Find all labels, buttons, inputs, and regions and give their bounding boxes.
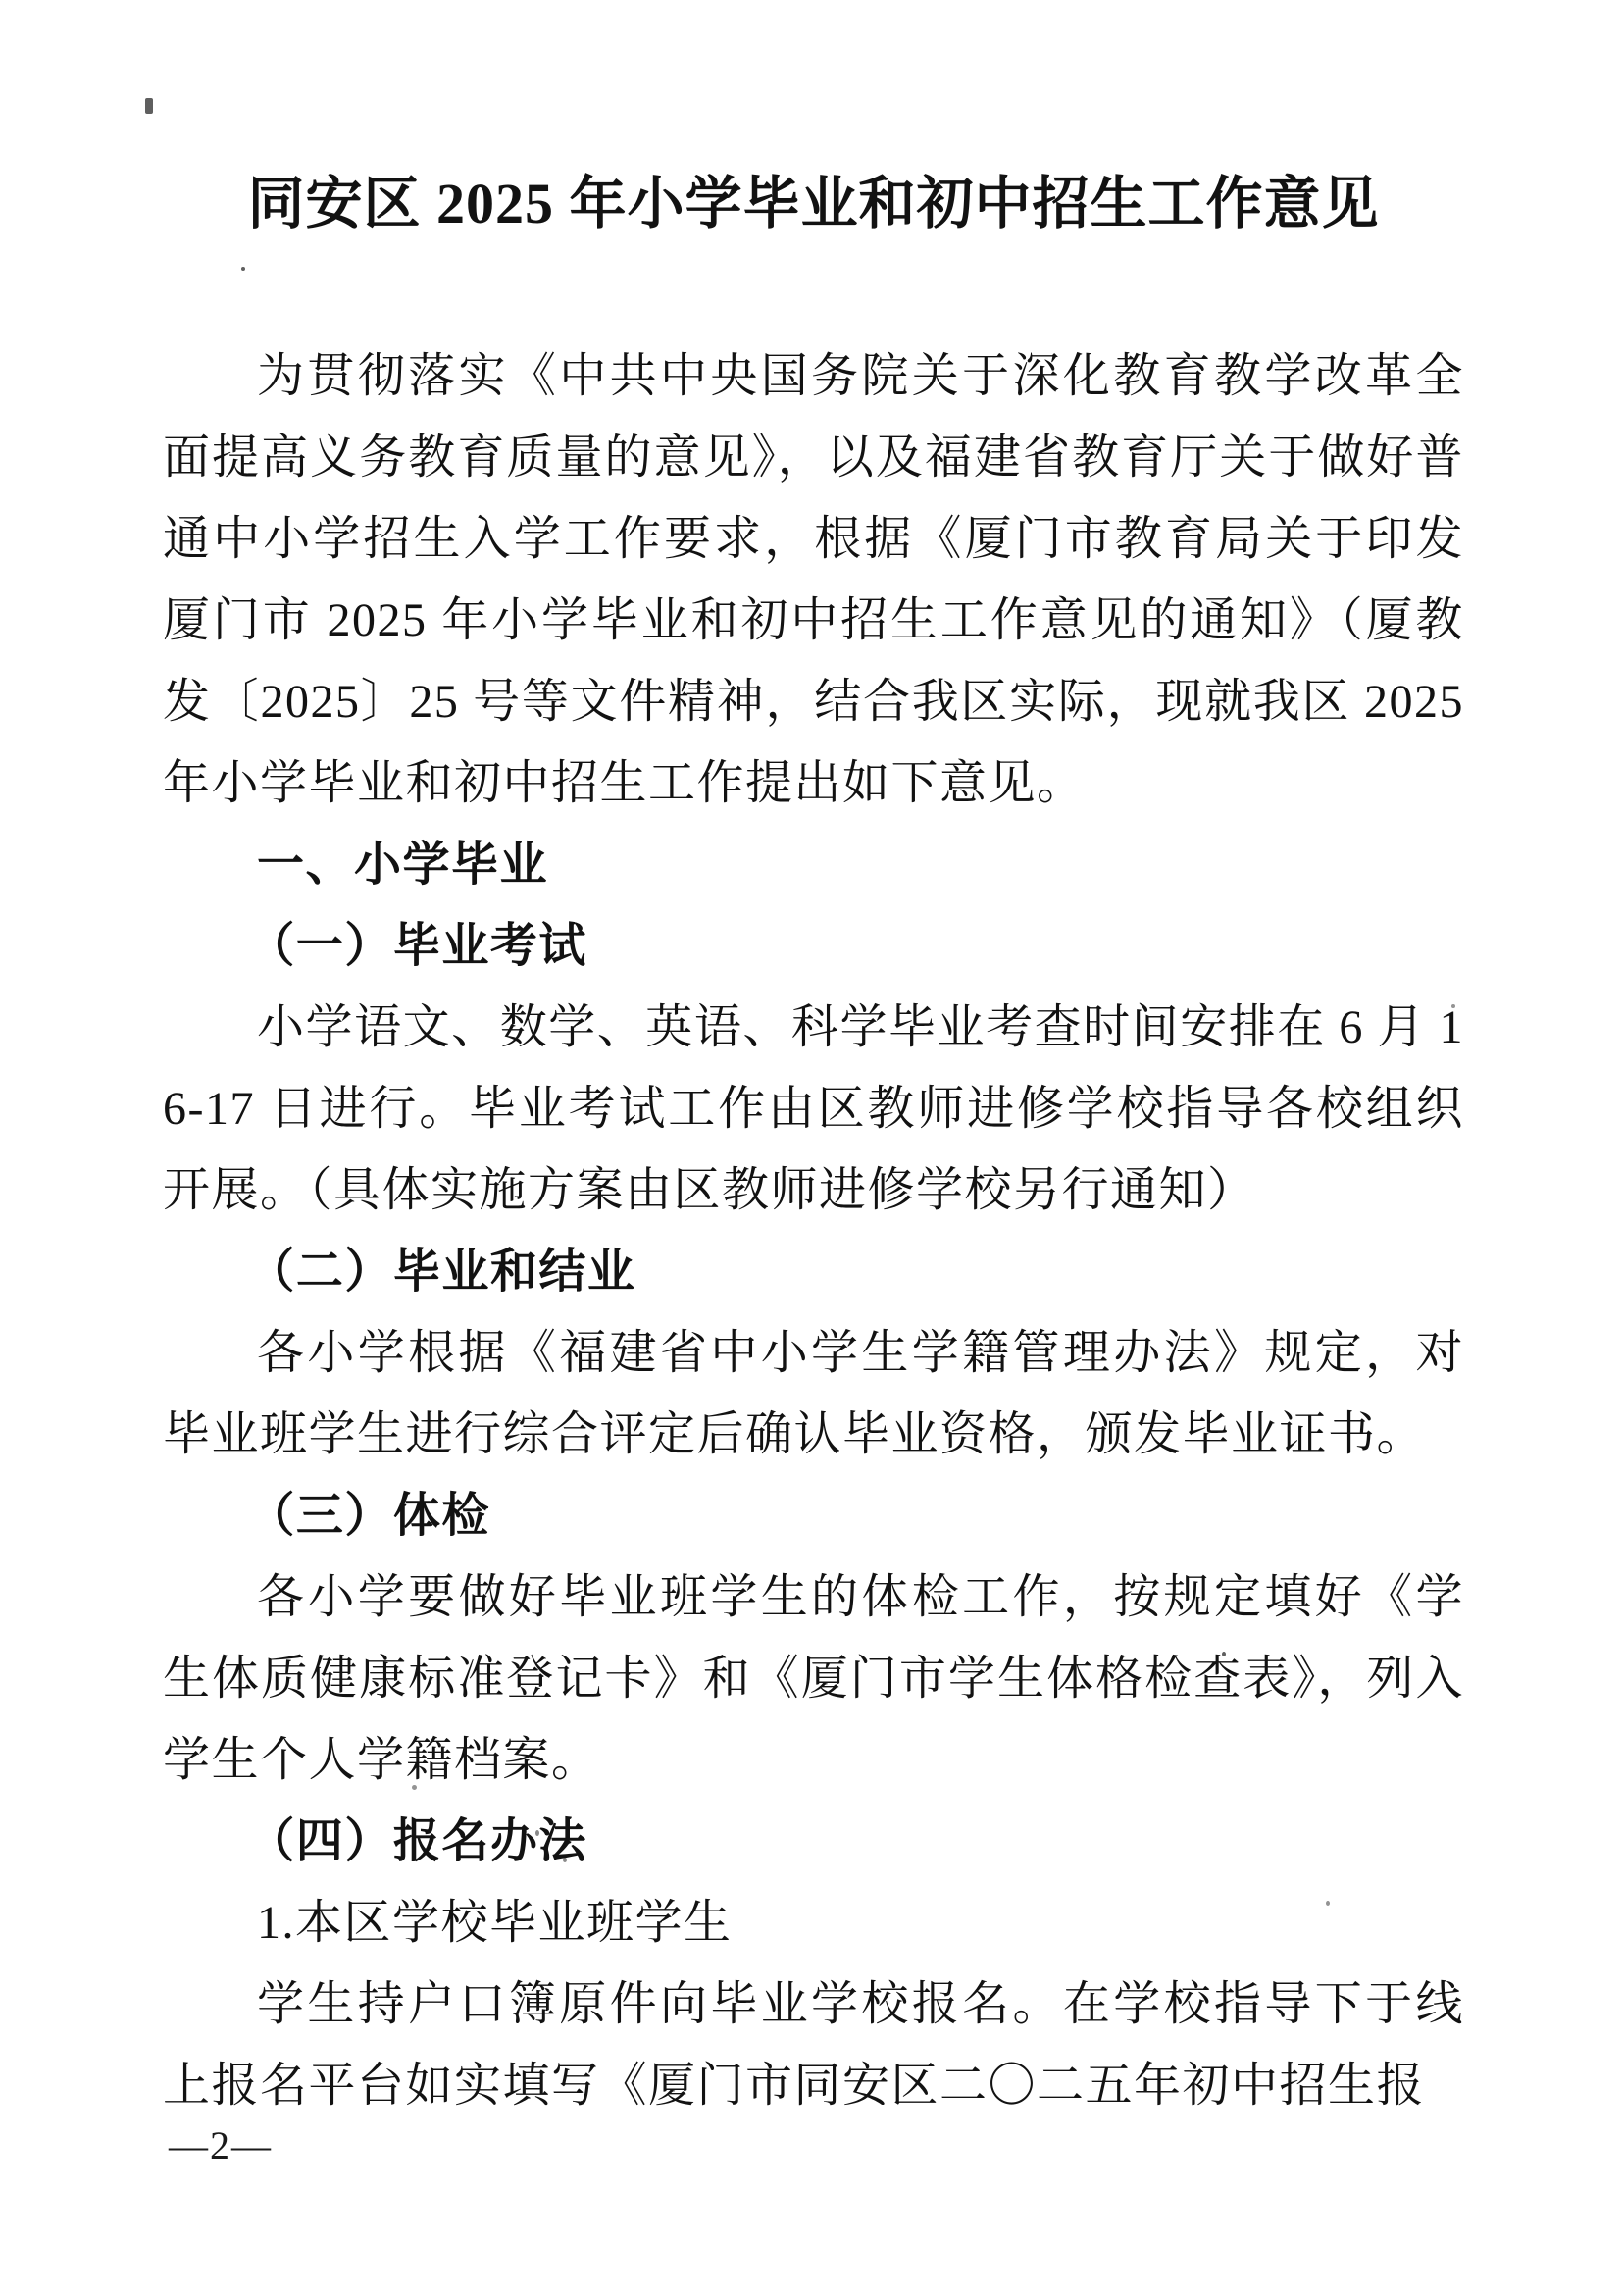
scan-speck bbox=[412, 1785, 417, 1790]
scan-speck bbox=[1222, 1652, 1226, 1656]
heading-section-one-primary-graduation: 一、小学毕业 bbox=[163, 824, 1464, 905]
page-number: —2— bbox=[169, 2122, 273, 2169]
heading-registration-method: （四）报名办法 bbox=[163, 1801, 1464, 1882]
scan-speck bbox=[241, 267, 245, 271]
subitem-local-school-graduates: 1.本区学校毕业班学生 bbox=[163, 1882, 1464, 1963]
scan-speck bbox=[563, 1858, 567, 1862]
scan-speck bbox=[535, 1830, 539, 1836]
paragraph-graduation-exam: 小学语文、数学、英语、科学毕业考查时间安排在 6 月 16-17 日进行。毕业考… bbox=[163, 987, 1464, 1231]
scanned-document-page: 同安区 2025 年小学毕业和初中招生工作意见 为贯彻落实《中共中央国务院关于深… bbox=[0, 0, 1624, 2293]
heading-physical-examination: （三）体检 bbox=[163, 1475, 1464, 1556]
scan-speck bbox=[145, 98, 153, 114]
scan-speck bbox=[1451, 1004, 1455, 1008]
paragraph-physical-examination: 各小学要做好毕业班学生的体检工作，按规定填好《学生体质健康标准登记卡》和《厦门市… bbox=[163, 1556, 1464, 1801]
document-title: 同安区 2025 年小学毕业和初中招生工作意见 bbox=[163, 169, 1464, 239]
paragraph-preamble: 为贯彻落实《中共中央国务院关于深化教育教学改革全面提高义务教育质量的意见》，以及… bbox=[163, 335, 1464, 824]
paragraph-graduation-and-completion: 各小学根据《福建省中小学生学籍管理办法》规定，对毕业班学生进行综合评定后确认毕业… bbox=[163, 1312, 1464, 1475]
paragraph-registration-procedure: 学生持户口簿原件向毕业学校报名。在学校指导下于线上报名平台如实填写《厦门市同安区… bbox=[163, 1963, 1464, 2126]
heading-graduation-exam: （一）毕业考试 bbox=[163, 905, 1464, 987]
scan-speck bbox=[1326, 1901, 1330, 1906]
heading-graduation-and-completion: （二）毕业和结业 bbox=[163, 1231, 1464, 1312]
document-body: 为贯彻落实《中共中央国务院关于深化教育教学改革全面提高义务教育质量的意见》，以及… bbox=[163, 335, 1464, 2126]
